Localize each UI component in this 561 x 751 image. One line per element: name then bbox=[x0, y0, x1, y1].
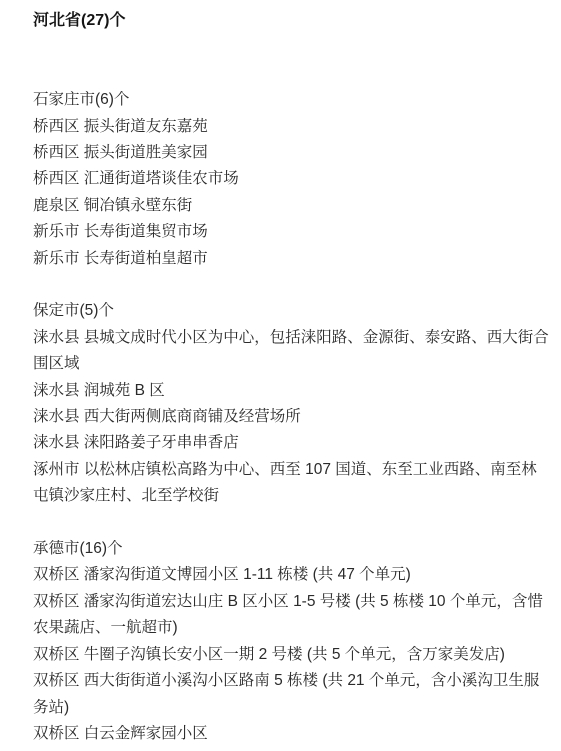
list-item: 双桥区 牛圈子沟镇长安小区一期 2 号楼 (共 5 个单元，含万家美发店) bbox=[33, 642, 549, 668]
list-item: 双桥区 潘家沟街道文博园小区 1-11 栋楼 (共 47 个单元) bbox=[33, 562, 549, 588]
section-shijiazhuang: 石家庄市(6)个 桥西区 振头街道友东嘉苑 桥西区 振头街道胜美家园 桥西区 汇… bbox=[33, 87, 549, 272]
province-title: 河北省(27)个 bbox=[33, 8, 549, 34]
list-item: 桥西区 振头街道友东嘉苑 bbox=[33, 114, 549, 140]
list-item: 涞水县 涞阳路姜子牙串串香店 bbox=[33, 430, 549, 456]
document-page: 河北省(27)个 石家庄市(6)个 桥西区 振头街道友东嘉苑 桥西区 振头街道胜… bbox=[0, 0, 561, 747]
list-item: 涞水县 县城文成时代小区为中心，包括涞阳路、金源街、泰安路、西大街合 围区域 bbox=[33, 325, 549, 378]
section-baoding: 保定市(5)个 涞水县 县城文成时代小区为中心，包括涞阳路、金源街、泰安路、西大… bbox=[33, 298, 549, 509]
list-item: 新乐市 长寿街道集贸市场 bbox=[33, 219, 549, 245]
section-chengde: 承德市(16)个 双桥区 潘家沟街道文博园小区 1-11 栋楼 (共 47 个单… bbox=[33, 536, 549, 747]
list-item: 桥西区 汇通街道塔谈佳农市场 bbox=[33, 166, 549, 192]
list-item: 涞水县 西大街两侧底商商铺及经营场所 bbox=[33, 404, 549, 430]
list-item: 双桥区 西大街街道小溪沟小区路南 5 栋楼 (共 21 个单元，含小溪沟卫生服 … bbox=[33, 668, 549, 721]
section-header: 石家庄市(6)个 bbox=[33, 87, 549, 113]
section-header: 保定市(5)个 bbox=[33, 298, 549, 324]
list-item: 涞水县 润城苑 B 区 bbox=[33, 378, 549, 404]
section-header: 承德市(16)个 bbox=[33, 536, 549, 562]
list-item: 涿州市 以松林店镇松高路为中心、西至 107 国道、东至工业西路、南至林 屯镇沙… bbox=[33, 457, 549, 510]
list-item: 鹿泉区 铜冶镇永壁东街 bbox=[33, 193, 549, 219]
list-item: 双桥区 白云金辉家园小区 bbox=[33, 721, 549, 747]
list-item: 新乐市 长寿街道柏皇超市 bbox=[33, 246, 549, 272]
list-item: 桥西区 振头街道胜美家园 bbox=[33, 140, 549, 166]
list-item: 双桥区 潘家沟街道宏达山庄 B 区小区 1-5 号楼 (共 5 栋楼 10 个单… bbox=[33, 589, 549, 642]
